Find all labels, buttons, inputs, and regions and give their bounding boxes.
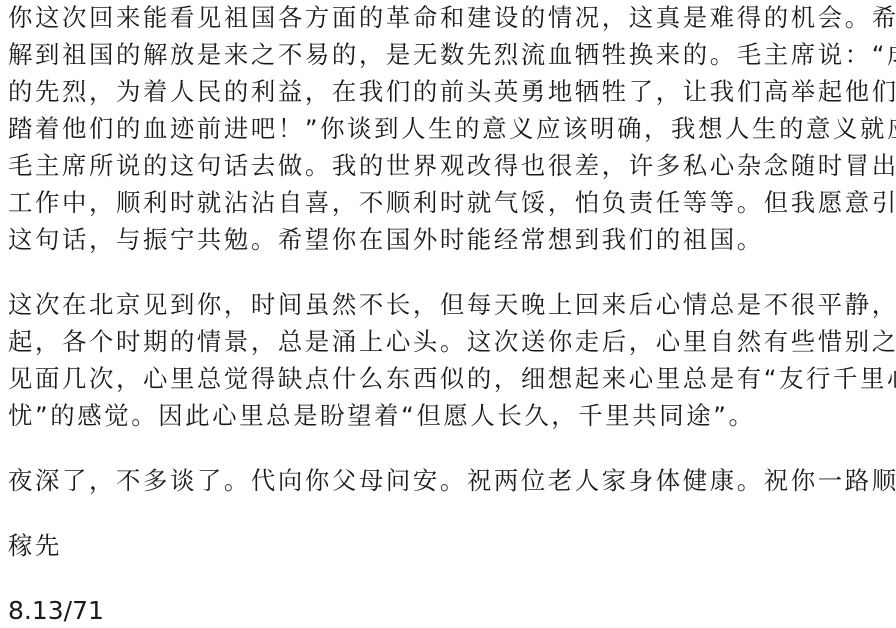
text-line: 夜深了，不多谈了。代向你父母问安。祝两位老人家身体健康。祝你一路顺风。 bbox=[8, 462, 896, 499]
letter-body: 你这次回来能看见祖国各方面的革命和建设的情况，这真是难得的机会。希望你能了 解到… bbox=[8, 0, 896, 628]
paragraph-1: 你这次回来能看见祖国各方面的革命和建设的情况，这真是难得的机会。希望你能了 解到… bbox=[8, 0, 896, 258]
paragraph-spacer bbox=[8, 564, 896, 592]
text-line: 解到祖国的解放是来之不易的，是无数先烈流血牺牲换来的。毛主席说：“成千上万 bbox=[8, 36, 896, 73]
text-line: 工作中，顺利时就沾沾自喜，不顺利时就气馁，怕负责任等等。但我愿意引用毛主席 bbox=[8, 184, 896, 221]
text-line: 的先烈，为着人民的利益，在我们的前头英勇地牺牲了，让我们高举起他们的旗帜， bbox=[8, 73, 896, 110]
text-line: 这句话，与振宁共勉。希望你在国外时能经常想到我们的祖国。 bbox=[8, 221, 896, 258]
date-text: 8.13/71 bbox=[8, 592, 896, 628]
paragraph-spacer bbox=[8, 499, 896, 527]
text-line: 见面几次，心里总觉得缺点什么东西似的，细想起来心里总是有“友行千里心担 bbox=[8, 360, 896, 397]
paragraph-2: 这次在北京见到你，时间虽然不长，但每天晚上回来后心情总是不很平静，从小在一 起，… bbox=[8, 286, 896, 434]
text-line: 踏着他们的血迹前进吧！”你谈到人生的意义应该明确，我想人生的意义就应该遵照 bbox=[8, 110, 896, 147]
signature-text: 稼先 bbox=[8, 527, 896, 564]
paragraph-spacer bbox=[8, 434, 896, 462]
text-line: 起，各个时期的情景，总是涌上心头。这次送你走后，心里自然有些惜别之感。和你 bbox=[8, 323, 896, 360]
text-line: 忧”的感觉。因此心里总是盼望着“但愿人长久，千里共同途”。 bbox=[8, 397, 896, 434]
paragraph-spacer bbox=[8, 258, 896, 286]
date: 8.13/71 bbox=[8, 592, 896, 628]
text-line: 毛主席所说的这句话去做。我的世界观改得也很差，许多私心杂念随时冒出来，像在 bbox=[8, 147, 896, 184]
text-line: 这次在北京见到你，时间虽然不长，但每天晚上回来后心情总是不很平静，从小在一 bbox=[8, 286, 896, 323]
signature: 稼先 bbox=[8, 527, 896, 564]
text-line: 你这次回来能看见祖国各方面的革命和建设的情况，这真是难得的机会。希望你能了 bbox=[8, 0, 896, 36]
paragraph-3: 夜深了，不多谈了。代向你父母问安。祝两位老人家身体健康。祝你一路顺风。 bbox=[8, 462, 896, 499]
